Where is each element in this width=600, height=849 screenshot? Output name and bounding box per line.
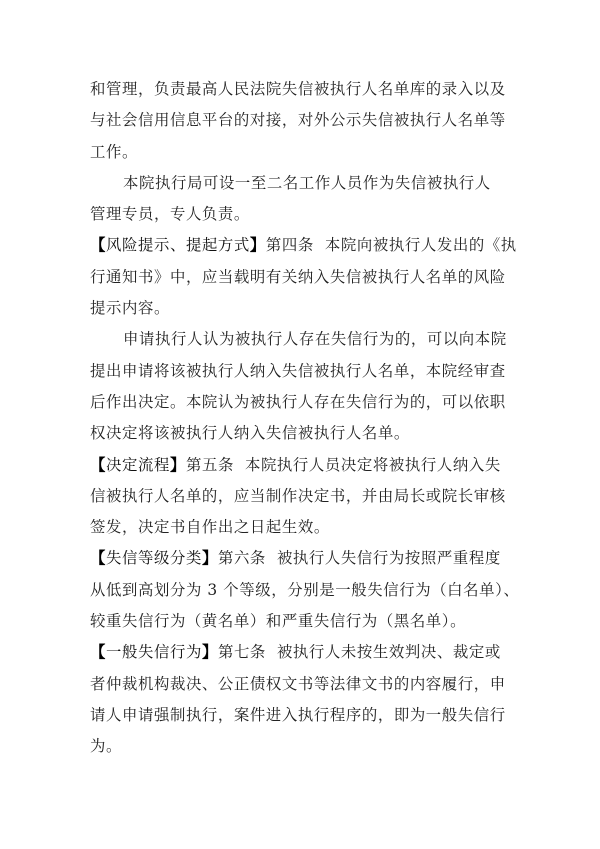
article-text: 被执行人未按生效判决、裁定或 <box>277 643 501 661</box>
close-bracket: 】 <box>202 549 218 567</box>
text-line: 较重失信行为（黄名单）和严重失信行为（黑名单）。 <box>90 606 510 637</box>
article-heading: 失信等级分类 <box>106 549 202 567</box>
article-text: 被执行人失信行为按照严重程度 <box>277 549 501 567</box>
article-heading: 风险提示、提起方式 <box>106 236 250 254</box>
text-line: 信被执行人名单的，应当制作决定书，并由局长或院长审核 <box>90 481 510 512</box>
article-7: 【一般失信行为】第七条 被执行人未按生效判决、裁定或 者仲裁机构裁决、公正债权文… <box>90 637 510 762</box>
text-line: 为。 <box>90 731 510 762</box>
close-bracket: 】 <box>170 456 186 474</box>
text-line: 和管理，负责最高人民法院失信被执行人名单库的录入以及 <box>90 74 510 105</box>
paragraph-staffing: 本院执行局可设一至二名工作人员作为失信被执行人 管理专员，专人负责。 <box>90 168 510 231</box>
text-line: 签发，决定书自作出之日起生效。 <box>90 512 510 543</box>
article-5: 【决定流程】第五条 本院执行人员决定将被执行人纳入失 信被执行人名单的，应当制作… <box>90 450 510 544</box>
open-bracket: 【 <box>90 549 106 567</box>
article-number: 第七条 <box>218 643 266 661</box>
article-4: 【风险提示、提起方式】第四条 本院向被执行人发出的《执 行通知书》中，应当载明有… <box>90 230 510 324</box>
article-number: 第六条 <box>218 549 266 567</box>
open-bracket: 【 <box>90 236 106 254</box>
article-6: 【失信等级分类】第六条 被执行人失信行为按照严重程度 从低到高划分为 3 个等级… <box>90 543 510 637</box>
paragraph-continuation: 和管理，负责最高人民法院失信被执行人名单库的录入以及 与社会信用信息平台的对接，… <box>90 74 510 168</box>
text-line: 本院执行局可设一至二名工作人员作为失信被执行人 <box>90 168 510 199</box>
text-line: 后作出决定。本院认为被执行人存在失信行为的，可以依职 <box>90 387 510 418</box>
article-text: 本院向被执行人发出的《执 <box>325 236 517 254</box>
open-bracket: 【 <box>90 643 106 661</box>
article-first-line: 【决定流程】第五条 本院执行人员决定将被执行人纳入失 <box>90 450 510 481</box>
text-line: 管理专员，专人负责。 <box>90 199 510 230</box>
article-first-line: 【风险提示、提起方式】第四条 本院向被执行人发出的《执 <box>90 230 510 261</box>
article-text: 本院执行人员决定将被执行人纳入失 <box>245 456 501 474</box>
open-bracket: 【 <box>90 456 106 474</box>
document-page: 和管理，负责最高人民法院失信被执行人名单库的录入以及 与社会信用信息平台的对接，… <box>0 0 600 849</box>
text-line: 申请执行人认为被执行人存在失信行为的，可以向本院 <box>90 324 510 355</box>
text-line: 权决定将该被执行人纳入失信被执行人名单。 <box>90 418 510 449</box>
text-line: 从低到高划分为 3 个等级，分别是一般失信行为（白名单）、 <box>90 575 510 606</box>
article-number: 第四条 <box>266 236 314 254</box>
text-line: 请人申请强制执行，案件进入执行程序的，即为一般失信行 <box>90 700 510 731</box>
text-line: 提示内容。 <box>90 293 510 324</box>
close-bracket: 】 <box>202 643 218 661</box>
text-line: 与社会信用信息平台的对接，对外公示失信被执行人名单等 <box>90 105 510 136</box>
text-line: 行通知书》中，应当载明有关纳入失信被执行人名单的风险 <box>90 262 510 293</box>
article-heading: 决定流程 <box>106 456 170 474</box>
text-line: 工作。 <box>90 137 510 168</box>
text-line: 者仲裁机构裁决、公正债权文书等法律文书的内容履行，申 <box>90 669 510 700</box>
article-first-line: 【失信等级分类】第六条 被执行人失信行为按照严重程度 <box>90 543 510 574</box>
article-number: 第五条 <box>186 456 234 474</box>
article-first-line: 【一般失信行为】第七条 被执行人未按生效判决、裁定或 <box>90 637 510 668</box>
document-body: 和管理，负责最高人民法院失信被执行人名单库的录入以及 与社会信用信息平台的对接，… <box>90 74 510 763</box>
text-line: 提出申请将该被执行人纳入失信被执行人名单，本院经审查 <box>90 356 510 387</box>
article-heading: 一般失信行为 <box>106 643 202 661</box>
close-bracket: 】 <box>250 236 266 254</box>
paragraph-application: 申请执行人认为被执行人存在失信行为的，可以向本院 提出申请将该被执行人纳入失信被… <box>90 324 510 449</box>
